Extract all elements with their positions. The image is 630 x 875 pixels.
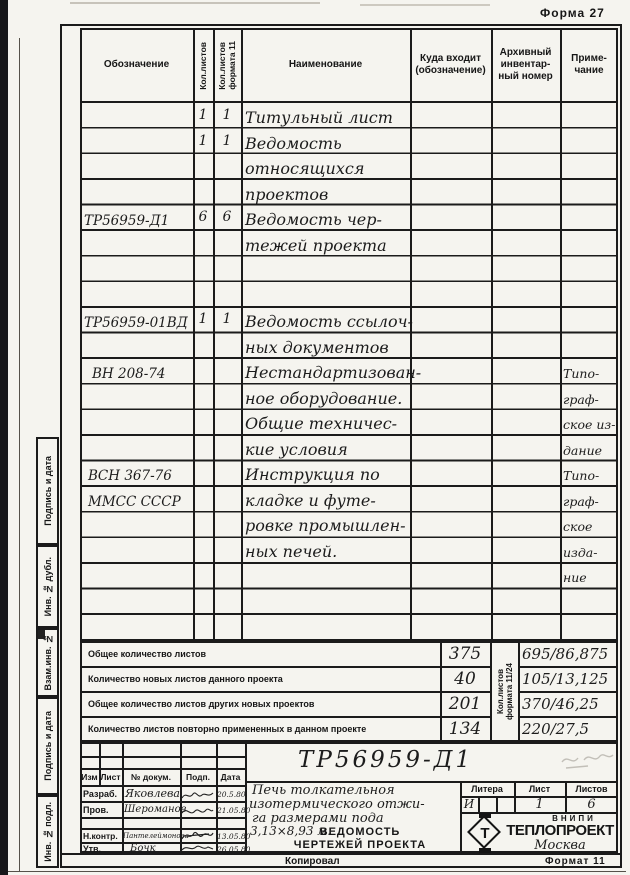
- cell-note: ское из-: [563, 417, 615, 432]
- litera-header: Литера: [460, 781, 514, 796]
- scan-artifact: [360, 4, 490, 6]
- change-header-data: Дата: [216, 768, 245, 785]
- document-designation: ТР56959-Д1: [298, 747, 473, 773]
- org-logo: Т: [470, 818, 500, 848]
- grid-line: [80, 756, 245, 758]
- col-header-qty-label: Кол.листов: [198, 42, 208, 90]
- summary-label: Количество листов повторно примененных в…: [88, 716, 438, 741]
- cell-designation: ВН 208-74: [92, 366, 166, 382]
- grid-line: [80, 842, 245, 844]
- summary-rot-line2: формата 11/24: [505, 663, 514, 720]
- litera-value: И: [460, 796, 478, 812]
- cell-name: Ведомость: [245, 134, 342, 153]
- sheet-edge-line: [19, 38, 20, 872]
- cell-designation: ТР56959-01ВД: [84, 315, 188, 331]
- list-value: 1: [514, 796, 565, 812]
- signer-name: Яковлева: [125, 787, 180, 800]
- form-number-label: Форма 27: [540, 6, 605, 20]
- sidebar-box-signature-date-1: Подпись и дата: [36, 437, 59, 545]
- grid-line: [518, 691, 618, 693]
- cell-name: тежей проекта: [245, 236, 387, 255]
- pencil-note-scribble: [558, 746, 616, 772]
- grid-line: [496, 796, 498, 812]
- cell-qty11: 1: [213, 311, 241, 327]
- listov-value: 6: [565, 796, 618, 812]
- cell-name: Инструкция по: [245, 465, 380, 484]
- included-line2: (обозначение): [415, 65, 485, 77]
- cell-name: относящихся: [245, 159, 364, 178]
- col-header-designation: Обозначение: [80, 28, 193, 101]
- summary-rot-line1: Кол.листов: [496, 669, 505, 714]
- doc-type-line: ЧЕРТЕЖЕЙ ПРОЕКТА: [275, 838, 445, 851]
- sidebar-label: Подпись и дата: [43, 711, 53, 781]
- cell-qty: 6: [193, 209, 213, 225]
- summary-label: Общее количество листов: [88, 641, 438, 666]
- cell-note: ское: [563, 519, 592, 534]
- col-header-qty-format11: Кол.листов формата 11: [213, 30, 241, 101]
- sidebar-box-vzam-inv: Взам.инв. №: [36, 628, 59, 697]
- summary-count: 40: [440, 666, 490, 691]
- cell-name: ных документов: [245, 338, 389, 357]
- org-city: Москва: [524, 838, 596, 852]
- cell-note: дание: [563, 443, 602, 458]
- cell-qty: 1: [193, 311, 213, 327]
- note-line1: Приме-: [571, 53, 607, 65]
- logo-cap-top: [479, 813, 491, 818]
- summary-label: Общее количество листов других новых про…: [88, 691, 438, 716]
- role-label: Разраб.: [83, 789, 117, 799]
- cell-name: ровке промышлен-: [245, 516, 406, 535]
- col-header-qty11-line1: Кол.листов: [217, 42, 227, 90]
- list-header: Лист: [514, 781, 565, 796]
- signer-name: Пантелеймонова: [123, 832, 189, 840]
- cell-name: Ведомость чер-: [245, 210, 382, 229]
- archive-line2: инвентар-: [501, 59, 551, 71]
- col-header-note: Приме- чание: [560, 28, 618, 101]
- grid-line: [80, 801, 245, 803]
- sidebar-label: Подпись и дата: [43, 456, 53, 526]
- grid-line: [80, 817, 245, 819]
- summary-fraction: 105/13,125: [522, 670, 608, 688]
- copied-label: Копировал: [285, 856, 340, 867]
- summary-count: 134: [440, 716, 490, 741]
- signature-scribble: [181, 789, 214, 802]
- change-header-izm: Изм: [80, 768, 99, 785]
- format-label: Формат 11: [545, 856, 606, 867]
- sign-date: 20.5.80: [217, 790, 246, 799]
- role-label: Пров.: [83, 805, 109, 815]
- cell-name: кладке и футе-: [245, 491, 376, 510]
- archive-line3: ный номер: [498, 71, 553, 83]
- archive-line1: Архивный: [500, 47, 552, 59]
- sidebar-box-signature-date-2: Подпись и дата: [36, 697, 59, 795]
- cell-name: проектов: [245, 185, 328, 204]
- col-header-included: Куда входит (обозначение): [410, 28, 491, 101]
- grid-line: [60, 853, 622, 855]
- cell-qty11: 1: [213, 107, 241, 123]
- sidebar-box-inv-podl: Инв. № подл.: [36, 795, 59, 868]
- cell-name: Ведомость ссылоч-: [245, 312, 413, 331]
- summary-rotated-header: Кол.листов формата 11/24: [492, 643, 518, 740]
- signature-scribble: [181, 805, 214, 818]
- grid-line: [518, 666, 618, 668]
- cell-qty: 1: [193, 107, 213, 123]
- cell-name: Титульный лист: [245, 108, 393, 127]
- summary-fraction: 695/86,875: [522, 645, 608, 663]
- sign-date: 13.05.80: [217, 832, 250, 841]
- cell-qty: 1: [193, 133, 213, 149]
- grid-line: [80, 828, 245, 830]
- signer-name: Шероманов: [124, 804, 186, 815]
- sidebar-label: Инв. № дубл.: [43, 557, 53, 616]
- col-header-archive: Архивный инвентар- ный номер: [491, 28, 560, 101]
- included-line1: Куда входит: [420, 53, 481, 65]
- cell-designation: ВСН 367-76: [88, 468, 172, 484]
- cell-note: граф-: [563, 392, 599, 407]
- change-header-podp: Подп.: [180, 768, 216, 785]
- sidebar-label: Инв. № подл.: [43, 802, 53, 862]
- grid-line: [478, 796, 480, 812]
- sidebar-label: Взам.инв. №: [43, 634, 53, 691]
- cell-note: ние: [563, 570, 587, 585]
- cell-note: Типо-: [563, 468, 599, 483]
- summary-label: Количество новых листов данного проекта: [88, 666, 438, 691]
- cell-name: Общие техничес-: [245, 414, 397, 433]
- sidebar-box-inv-dupl: Инв. № дубл.: [36, 545, 59, 628]
- cell-designation: ММСС СССР: [88, 494, 181, 510]
- scanned-document-page: Форма 27 Подпись и дата Инв. № дубл. Вза…: [0, 0, 630, 875]
- cell-note: Типо-: [563, 366, 599, 381]
- doc-type-line: ВЕДОМОСТЬ: [275, 825, 445, 838]
- cell-note: изда-: [563, 545, 597, 560]
- logo-letter: Т: [472, 820, 498, 846]
- cell-name: ных печей.: [245, 542, 337, 561]
- col-header-qty: Кол.листов: [193, 30, 213, 101]
- summary-count: 201: [440, 691, 490, 716]
- sign-date: 21.05.80: [217, 806, 250, 815]
- sheet-bottom-line: [8, 871, 626, 872]
- col-header-name: Наименование: [241, 28, 410, 101]
- grid-line: [518, 716, 618, 718]
- cell-qty11: 6: [213, 209, 241, 225]
- listov-header: Листов: [565, 781, 618, 796]
- scan-artifact: [70, 2, 320, 4]
- summary-fraction: 370/46,25: [522, 695, 599, 713]
- cell-qty11: 1: [213, 133, 241, 149]
- signature-scribble: [181, 829, 214, 842]
- project-title-line: изотермического отжи-: [249, 797, 425, 812]
- cell-name: ное оборудование.: [245, 389, 402, 408]
- cell-name: Нестандартизован-: [245, 363, 421, 382]
- org-name: ТЕПЛОПРОЕКТ: [504, 822, 616, 838]
- cell-note: граф-: [563, 494, 599, 509]
- cell-designation: ТР56959-Д1: [84, 213, 169, 229]
- summary-fraction: 220/27,5: [522, 720, 589, 738]
- cell-name: кие условия: [245, 440, 348, 459]
- scan-edge-bar: [0, 0, 8, 875]
- note-line2: чание: [574, 65, 603, 77]
- col-header-qty11-line2: формата 11: [227, 41, 237, 90]
- change-header-list: Лист: [99, 768, 122, 785]
- change-header-doc: № докум.: [122, 768, 180, 785]
- summary-count: 375: [440, 641, 490, 666]
- role-label: Н.контр.: [83, 831, 118, 841]
- project-title-line: Печь толкательноя: [252, 783, 395, 798]
